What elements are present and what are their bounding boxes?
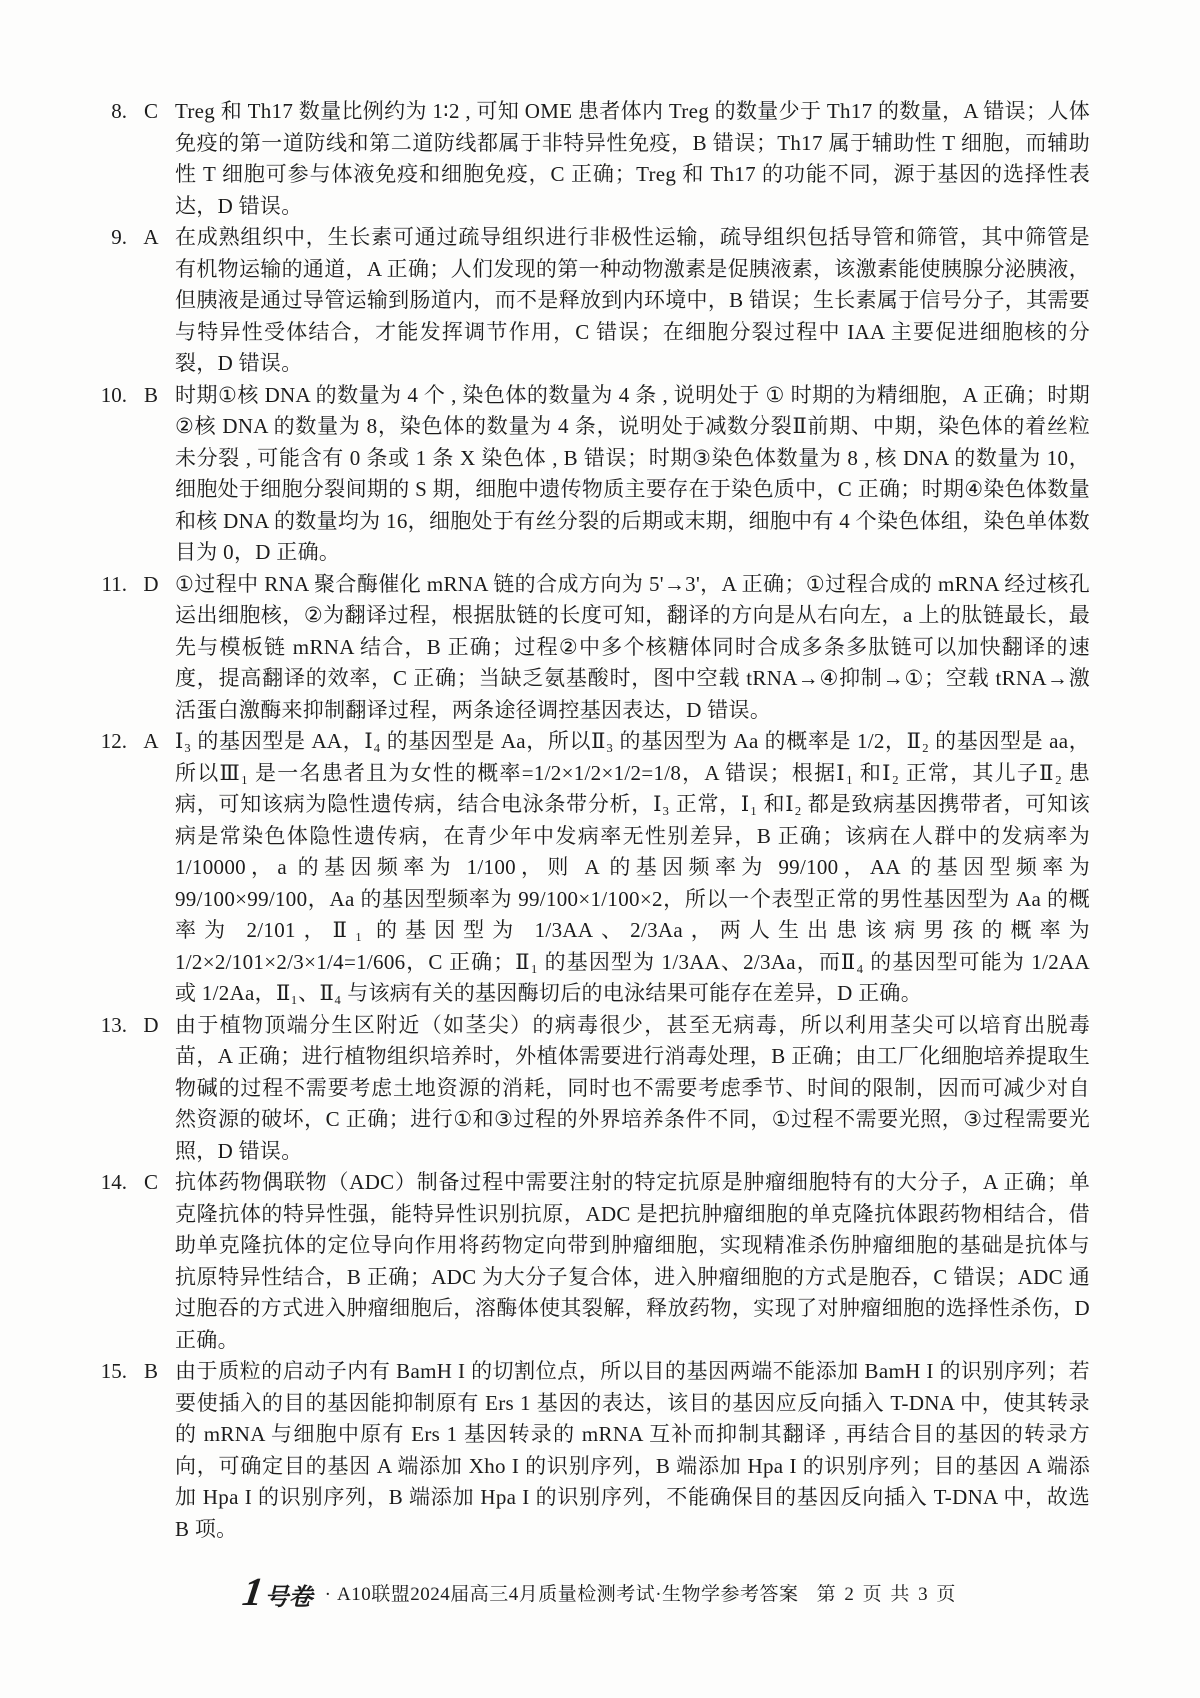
question-explanation: Treg 和 Th17 数量比例约为 1∶2 , 可知 OME 患者体内 Tre… xyxy=(175,96,1090,222)
brand-logo-characters: 号卷 xyxy=(265,1578,313,1618)
answer-letter: C xyxy=(127,1167,175,1199)
page-indicator: 第 2 页 共 3 页 xyxy=(817,1575,958,1615)
question-number: 10. xyxy=(97,380,127,412)
answer-letter: A xyxy=(127,222,175,254)
answer-letter: D xyxy=(127,1010,175,1042)
question-number: 9. xyxy=(97,222,127,254)
answer-letter: B xyxy=(127,1356,175,1388)
question-explanation: 时期①核 DNA 的数量为 4 个 , 染色体的数量为 4 条 , 说明处于 ①… xyxy=(175,380,1090,569)
footer-separator: · xyxy=(325,1575,331,1615)
answer-letter: C xyxy=(127,96,175,128)
question-explanation: Ⅰ₃ 的基因型是 AA，Ⅰ₄ 的基因型是 Aa，所以Ⅱ₃ 的基因型为 Aa 的概… xyxy=(175,726,1090,1010)
question-number: 11. xyxy=(97,569,127,601)
question-number: 13. xyxy=(97,1010,127,1042)
answer-letter: A xyxy=(127,726,175,758)
answer-letter: B xyxy=(127,380,175,412)
question-14: 14. C 抗体药物偶联物（ADC）制备过程中需要注射的特定抗原是肿瘤细胞特有的… xyxy=(97,1167,1090,1356)
question-number: 12. xyxy=(97,726,127,758)
page-footer: 1 号卷 · A10联盟2024届高三4月质量检测考试·生物学参考答案 第 2 … xyxy=(0,1572,1200,1618)
brand-logo: 1 号卷 xyxy=(243,1572,313,1618)
question-number: 8. xyxy=(97,96,127,128)
question-9: 9. A 在成熟组织中，生长素可通过疏导组织进行非极性运输，疏导组织包括导管和筛… xyxy=(97,222,1090,380)
answers-list: 8. C Treg 和 Th17 数量比例约为 1∶2 , 可知 OME 患者体… xyxy=(97,96,1090,1545)
answer-sheet-page: 8. C Treg 和 Th17 数量比例约为 1∶2 , 可知 OME 患者体… xyxy=(0,0,1200,1698)
question-15: 15. B 由于质粒的启动子内有 BamH I 的切割位点，所以目的基因两端不能… xyxy=(97,1356,1090,1545)
question-explanation: ①过程中 RNA 聚合酶催化 mRNA 链的合成方向为 5'→3'，A 正确；①… xyxy=(175,569,1090,727)
brand-logo-number: 1 xyxy=(240,1572,266,1612)
question-13: 13. D 由于植物顶端分生区附近（如茎尖）的病毒很少，甚至无病毒，所以利用茎尖… xyxy=(97,1010,1090,1168)
exam-title: A10联盟2024届高三4月质量检测考试·生物学参考答案 xyxy=(337,1575,799,1615)
question-explanation: 抗体药物偶联物（ADC）制备过程中需要注射的特定抗原是肿瘤细胞特有的大分子，A … xyxy=(175,1167,1090,1356)
question-explanation: 在成熟组织中，生长素可通过疏导组织进行非极性运输，疏导组织包括导管和筛管，其中筛… xyxy=(175,222,1090,380)
question-explanation: 由于质粒的启动子内有 BamH I 的切割位点，所以目的基因两端不能添加 Bam… xyxy=(175,1356,1090,1545)
question-11: 11. D ①过程中 RNA 聚合酶催化 mRNA 链的合成方向为 5'→3'，… xyxy=(97,569,1090,727)
question-number: 15. xyxy=(97,1356,127,1388)
question-12: 12. A Ⅰ₃ 的基因型是 AA，Ⅰ₄ 的基因型是 Aa，所以Ⅱ₃ 的基因型为… xyxy=(97,726,1090,1010)
question-10: 10. B 时期①核 DNA 的数量为 4 个 , 染色体的数量为 4 条 , … xyxy=(97,380,1090,569)
answer-letter: D xyxy=(127,569,175,601)
question-8: 8. C Treg 和 Th17 数量比例约为 1∶2 , 可知 OME 患者体… xyxy=(97,96,1090,222)
question-number: 14. xyxy=(97,1167,127,1199)
question-explanation: 由于植物顶端分生区附近（如茎尖）的病毒很少，甚至无病毒，所以利用茎尖可以培育出脱… xyxy=(175,1010,1090,1168)
